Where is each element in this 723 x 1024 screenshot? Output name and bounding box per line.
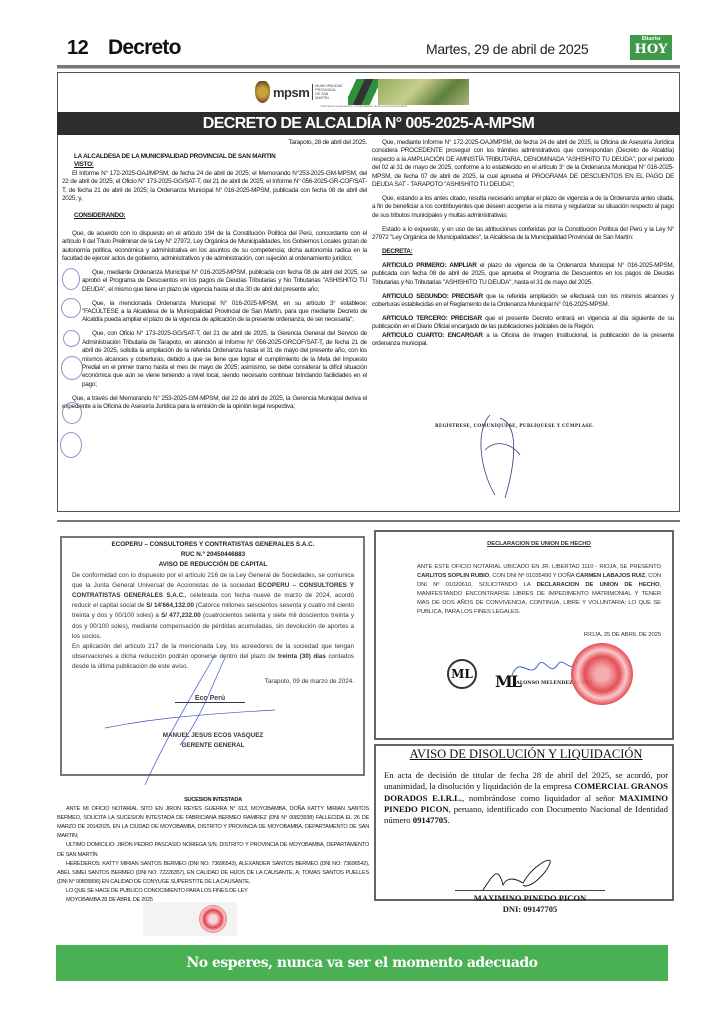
approval-seal-icon: [62, 268, 80, 290]
sucesion-paragraph: ANTE MI OFICIO NOTARIAL SITO EN JIRON RE…: [57, 805, 369, 841]
banner-caption: "Año de la recuperación y consolidación …: [320, 104, 408, 108]
mayor-signature-icon: [470, 410, 530, 500]
aviso-notice: AVISO DE DISOLUCIÓN Y LIQUIDACIÓN En act…: [384, 749, 668, 826]
banner-brand: mpsm: [273, 85, 309, 100]
considerando-paragraph: Que, a través del Memorando N° 253-2025-…: [62, 395, 367, 412]
articulo-head: ARTICULO CUARTO: ENCARGAR: [382, 332, 483, 339]
municipality-banner: mpsm MUNICIPALIDAD PROVINCIAL DE SAN MAR…: [255, 78, 469, 106]
approval-seal-icon: [60, 432, 82, 458]
decreto-place-date: Tarapoto, 28 de abril del 2025.: [62, 139, 367, 147]
notary-signature-icon: [510, 650, 580, 685]
approval-seal-icon: [61, 298, 81, 318]
liquidator-signature-icon: [478, 855, 558, 895]
ecoperu-company: ECOPERU – CONSULTORES Y CONTRATISTAS GEN…: [72, 540, 354, 550]
articulo-head: ARTICULO TERCERO: PRECISAR: [382, 315, 482, 322]
union-place-date: RIOJA, 25 DE ABRIL DE 2025: [417, 631, 661, 640]
ecoperu-paragraph-1: De conformidad con lo dispuesto por el a…: [72, 571, 354, 642]
visto-text: El Informe N° 172-2025-OAJ/MPSM, de fech…: [62, 170, 367, 204]
considerando-paragraph: Que, con Oficio N° 173-2025-GG/SAT-T, de…: [62, 330, 367, 389]
amount-from: S/ 14'664,132.00: [146, 602, 194, 609]
considerando-paragraph: Que, mediante Ordenanza Municipal N° 016…: [62, 269, 367, 294]
text: ANTE ESTE OFICIO NOTARIAL UBICADO EN JR.…: [417, 564, 661, 570]
considerando-paragraph: Que, mediante Informe N° 172-2025-OAJ/MP…: [372, 139, 674, 189]
section-divider: [57, 520, 680, 522]
articulo-tercero: ARTICULO TERCERO: PRECISAR que el presen…: [372, 315, 674, 332]
banner-stripes: [348, 79, 378, 105]
sucesion-title: SUCESION INTESTADA: [57, 796, 369, 805]
newspaper-logo[interactable]: Diario HOY: [630, 35, 672, 60]
subject: DECLARACION DE UNION DE HECHO: [537, 582, 660, 588]
decreto-authority: LA ALCALDESA DE LA MUNICIPALIDAD PROVINC…: [62, 153, 367, 161]
amount-to: S/ 477,232.00: [161, 612, 201, 619]
sucesion-notice: SUCESION INTESTADA ANTE MI OFICIO NOTARI…: [57, 796, 369, 905]
considerando-heading: CONSIDERANDO:: [62, 212, 367, 220]
section-title: Decreto: [108, 36, 181, 60]
aviso-signature-block: MAXIMINO PINEDO PICON DNI: 09147705: [455, 890, 605, 915]
articulo-head: ARTICULO SEGUNDO: PRECISAR: [382, 293, 483, 300]
considerando-paragraph: Estado a lo expuesto, y en uso de las at…: [372, 226, 674, 243]
considerando-paragraph: Que, de acuerdo con lo dispuesto en el a…: [62, 230, 367, 264]
municipal-coat-of-arms-icon: [255, 81, 270, 103]
liquidator-dni: 09147705: [413, 815, 448, 825]
ecoperu-ruc: RUC N.º 20450446883: [72, 550, 354, 560]
notary-stamp: ML: [447, 659, 477, 689]
footer-slogan-banner: No esperes, nunca va ser el momento adec…: [56, 945, 668, 981]
considerando-paragraph: Que, la mencionada Ordenanza Municipal N…: [62, 300, 367, 325]
plaza-photo: [378, 79, 469, 105]
text: .: [447, 815, 449, 825]
sucesion-stamp-image: [143, 902, 237, 936]
header-divider: [57, 65, 680, 69]
approval-seal-icon: [63, 330, 80, 347]
publication-date: Martes, 29 de abril de 2025: [426, 41, 588, 57]
considerando-paragraph: Que, estando a los antes citado, resulta…: [372, 195, 674, 220]
decreto-left-column: Tarapoto, 28 de abril del 2025. LA ALCAL…: [62, 139, 367, 417]
notary-red-seal-icon: [571, 643, 633, 705]
union-text: ANTE ESTE OFICIO NOTARIAL UBICADO EN JR.…: [417, 563, 661, 617]
articulo-cuarto: ARTICULO CUARTO: ENCARGAR a la Oficina d…: [372, 332, 674, 349]
decreto-right-column: Que, mediante Informe N° 172-2025-OAJ/MP…: [372, 139, 674, 354]
articulo-segundo: ARTICULO SEGUNDO: PRECISAR que la referi…: [372, 293, 674, 310]
aviso-title: AVISO DE DISOLUCIÓN Y LIQUIDACIÓN: [384, 749, 668, 760]
approval-seal-icon: [61, 356, 83, 380]
union-notice: DECLARACION DE UNION DE HECHO ANTE ESTE …: [417, 540, 661, 640]
logo-hoy-text: HOY: [630, 43, 672, 57]
person-name: CARMEN LABAJOS RUIZ: [576, 573, 645, 579]
person-name: CARLITOS SOPLIN RUBIO: [417, 573, 489, 579]
aviso-signer-dni: DNI: 09147705: [455, 904, 605, 915]
aviso-text: En acta de decisión de titular de fecha …: [384, 770, 668, 826]
sucesion-paragraph: ULTIMO DOMICILIO: JIRÓN PEDRO PASCASIO N…: [57, 841, 369, 859]
articulo-primero: ARTICULO PRIMERO: AMPLIAR el plazo de vi…: [372, 262, 674, 287]
decreto-title: DECRETO DE ALCALDÍA N° 005-2025-A-MPSM: [57, 112, 680, 135]
sucesion-paragraph: HEREDEROS: KATTY MIRIAN SANTOS BERMEO (D…: [57, 860, 369, 887]
visto-heading: VISTO:: [62, 161, 367, 169]
term: treinta (30) días: [278, 653, 326, 660]
sucesion-paragraph: LO QUE SE HACE DE PUBLICO CONOCIMIENTO P…: [57, 887, 369, 896]
decreta-heading: DECRETA:: [372, 248, 674, 256]
text: , nombrándose como liquidador al señor: [462, 793, 619, 803]
ecoperu-title: AVISO DE REDUCCIÓN DE CAPITAL: [72, 560, 354, 570]
articulo-head: ARTICULO PRIMERO: AMPLIAR: [382, 262, 477, 269]
union-title: DECLARACION DE UNION DE HECHO: [417, 540, 661, 549]
ecoperu-signature-icon: [105, 650, 285, 790]
page-number: 12: [67, 37, 88, 60]
text: , CON DNI Nº 01035490 Y DOÑA: [489, 573, 576, 579]
banner-entity: MUNICIPALIDAD PROVINCIAL DE SAN MARTÍN: [312, 84, 340, 100]
approval-seal-icon: [62, 402, 82, 424]
notary-red-seal-icon: [199, 905, 227, 933]
aviso-signer: MAXIMINO PINEDO PICON: [455, 893, 605, 904]
